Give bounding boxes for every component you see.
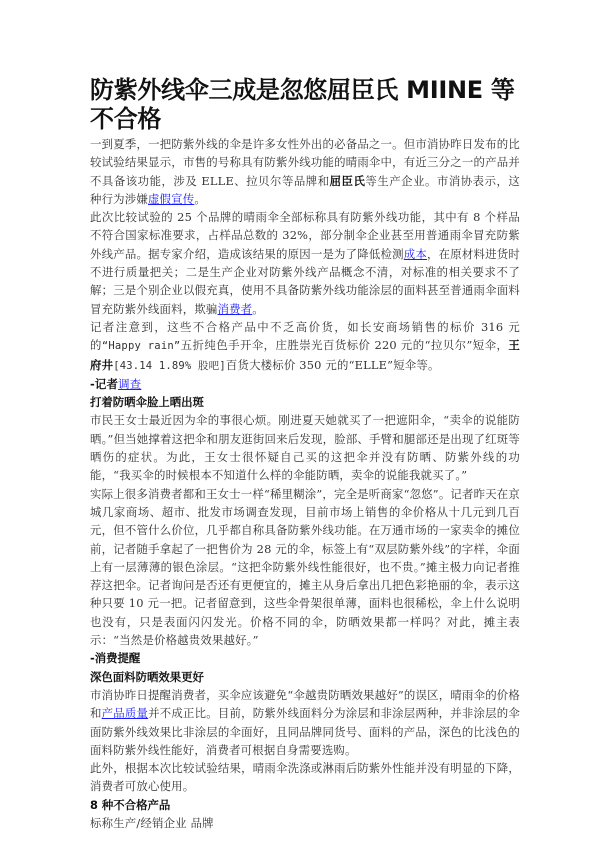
text: 。 [194, 192, 206, 206]
link-consumer[interactable]: 消费者 [218, 302, 253, 316]
text: 并不成正比。目前，防紫外线面料分为涂层和非涂层两种，并非涂层的伞面防紫外线效果比… [90, 706, 520, 757]
section-heading: 打着防晒伞脸上晒出斑 [90, 393, 520, 411]
byline-prefix: -记者 [90, 377, 118, 391]
brand-bold: 屈臣氏 [330, 174, 366, 188]
link-false-advertising[interactable]: 虚假宣传 [148, 192, 194, 206]
section-heading: -消费提醒 [90, 649, 520, 667]
stock-quote: [43.14 1.89% 股吧] [113, 360, 226, 372]
text: 。 [252, 302, 264, 316]
byline: -记者调查 [90, 375, 520, 393]
text: “Happy rain” [102, 340, 181, 352]
section-heading: 8 种不合格产品 [90, 796, 520, 814]
paragraph-washing: 此外，根据本次比较试验结果，晴雨伞洗涤或淋雨后防紫外性能并没有明显的下降，消费者… [90, 759, 520, 796]
paragraph-ms-wang: 市民王女士最近因为伞的事很心烦。刚进夏天她就买了一把遮阳伞，“卖伞的说能防晒。”… [90, 411, 520, 484]
table-header: 标称生产/经销企业 品牌 [90, 814, 520, 832]
section-heading: 深色面料防晒效果更好 [90, 668, 520, 686]
paragraph-intro: 一到夏季，一把防紫外线的伞是许多女性外出的必备品之一。但市消协昨日发布的比较试验… [90, 135, 520, 208]
article-title: 防紫外线伞三成是忽悠屈臣氏 MIINE 等不合格 [90, 76, 520, 134]
paragraph-test-results: 此次比较试验的 25 个品牌的晴雨伞全部标称具有防紫外线功能，其中有 8 个样品… [90, 208, 520, 318]
link-investigation[interactable]: 调查 [118, 377, 141, 391]
paragraph-high-price: 记者注意到，这些不合格产品中不乏高价货，如长安商场销售的标价 316 元的“Ha… [90, 318, 520, 375]
paragraph-market-survey: 实际上很多消费者都和王女士一样“稀里糊涂”，完全是听商家“忽悠”。记者昨天在京城… [90, 485, 520, 650]
document-page: 防紫外线伞三成是忽悠屈臣氏 MIINE 等不合格 一到夏季，一把防紫外线的伞是许… [90, 76, 520, 832]
link-product-quality[interactable]: 产品质量 [102, 706, 149, 720]
link-cost[interactable]: 成本 [404, 247, 427, 261]
text: 百货大楼标价 350 元的“ELLE”短伞等。 [226, 358, 440, 372]
paragraph-advice: 市消协昨日提醒消费者，买伞应该避免“伞越贵防晒效果越好”的误区，晴雨伞的价格和产… [90, 686, 520, 759]
text: 五折纯色手开伞，庄胜崇光百货标价 220 元的“拉贝尔”短伞， [180, 338, 508, 352]
